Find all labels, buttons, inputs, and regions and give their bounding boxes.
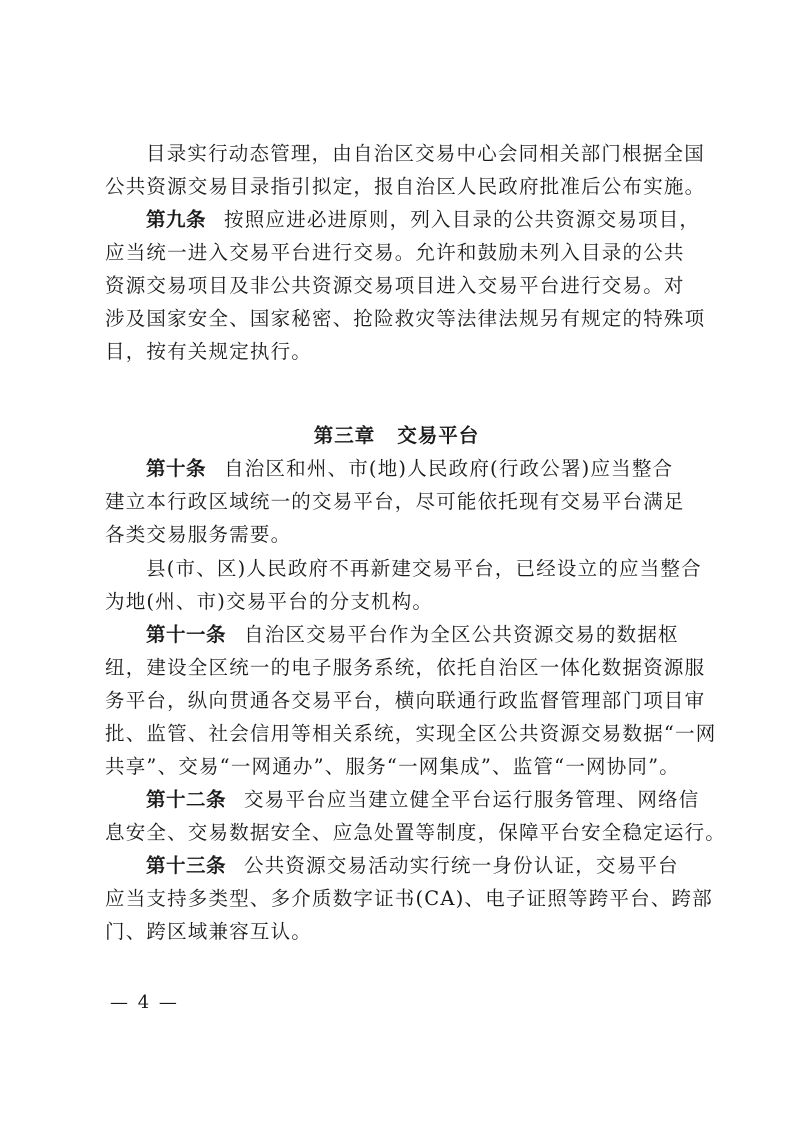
paragraph-line: 目录实行动态管理，由自治区交易中心会同相关部门根据全国: [146, 142, 690, 166]
page-number: — 4 —: [110, 991, 179, 1015]
article-label: 第十一条: [146, 623, 226, 646]
paragraph-line: 为地(州、市)交易平台的分支机构。: [105, 590, 690, 614]
paragraph-line: 公共资源交易目录指引拟定，报自治区人民政府批准后公布实施。: [105, 175, 690, 199]
article-label: 第九条: [146, 208, 206, 231]
article-9-first-line: 第九条按照应进必进原则，列入目录的公共资源交易项目，: [146, 208, 690, 232]
article-label: 第十条: [146, 457, 206, 480]
paragraph-line: 各类交易服务需要。: [105, 523, 690, 547]
paragraph-line: 应当支持多类型、多介质数字证书(CA)、电子证照等跨平台、跨部: [105, 887, 690, 911]
article-label: 第十三条: [146, 854, 226, 877]
paragraph-line: 批、监管、社会信用等相关系统，实现全区公共资源交易数据“一网: [105, 722, 690, 746]
document-page: 目录实行动态管理，由自治区交易中心会同相关部门根据全国 公共资源交易目录指引拟定…: [0, 0, 793, 1122]
article-text: 交易平台应当建立健全平台运行服务管理、网络信: [244, 788, 699, 811]
paragraph-line: 县(市、区)人民政府不再新建交易平台，已经设立的应当整合: [146, 557, 690, 581]
article-12-first-line: 第十二条交易平台应当建立健全平台运行服务管理、网络信: [146, 788, 690, 812]
paragraph-line: 建立本行政区域统一的交易平台，尽可能依托现有交易平台满足: [105, 490, 690, 514]
paragraph-line: 共享”、交易“一网通办”、服务“一网集成”、监管“一网协同”。: [105, 755, 690, 779]
paragraph-line: 门、跨区域兼容互认。: [105, 920, 690, 944]
chapter-title: 交易平台: [397, 424, 479, 447]
article-text: 公共资源交易活动实行统一身份认证，交易平台: [244, 854, 679, 877]
article-11-first-line: 第十一条自治区交易平台作为全区公共资源交易的数据枢: [146, 623, 690, 647]
paragraph-line: 应当统一进入交易平台进行交易。允许和鼓励未列入目录的公共: [105, 241, 690, 265]
paragraph-line: 涉及国家安全、国家秘密、抢险救灾等法律法规另有规定的特殊项: [105, 307, 690, 331]
paragraph-line: 资源交易项目及非公共资源交易项目进入交易平台进行交易。对: [105, 274, 690, 298]
article-text: 按照应进必进原则，列入目录的公共资源交易项目，: [224, 208, 700, 231]
paragraph-line: 目，按有关规定执行。: [105, 340, 690, 364]
paragraph-line: 纽，建设全区统一的电子服务系统，依托自治区一体化数据资源服: [105, 656, 690, 680]
article-13-first-line: 第十三条公共资源交易活动实行统一身份认证，交易平台: [146, 854, 690, 878]
article-text: 自治区交易平台作为全区公共资源交易的数据枢: [244, 623, 679, 646]
paragraph-line: 息安全、交易数据安全、应急处置等制度，保障平台安全稳定运行。: [105, 821, 690, 845]
article-text: 自治区和州、市(地)人民政府(行政公署)应当整合: [224, 457, 673, 480]
chapter-number: 第三章: [314, 424, 376, 447]
chapter-heading: 第三章交易平台: [0, 424, 793, 448]
article-10-first-line: 第十条自治区和州、市(地)人民政府(行政公署)应当整合: [146, 457, 690, 481]
article-label: 第十二条: [146, 788, 226, 811]
paragraph-line: 务平台，纵向贯通各交易平台，横向联通行政监督管理部门项目审: [105, 689, 690, 713]
